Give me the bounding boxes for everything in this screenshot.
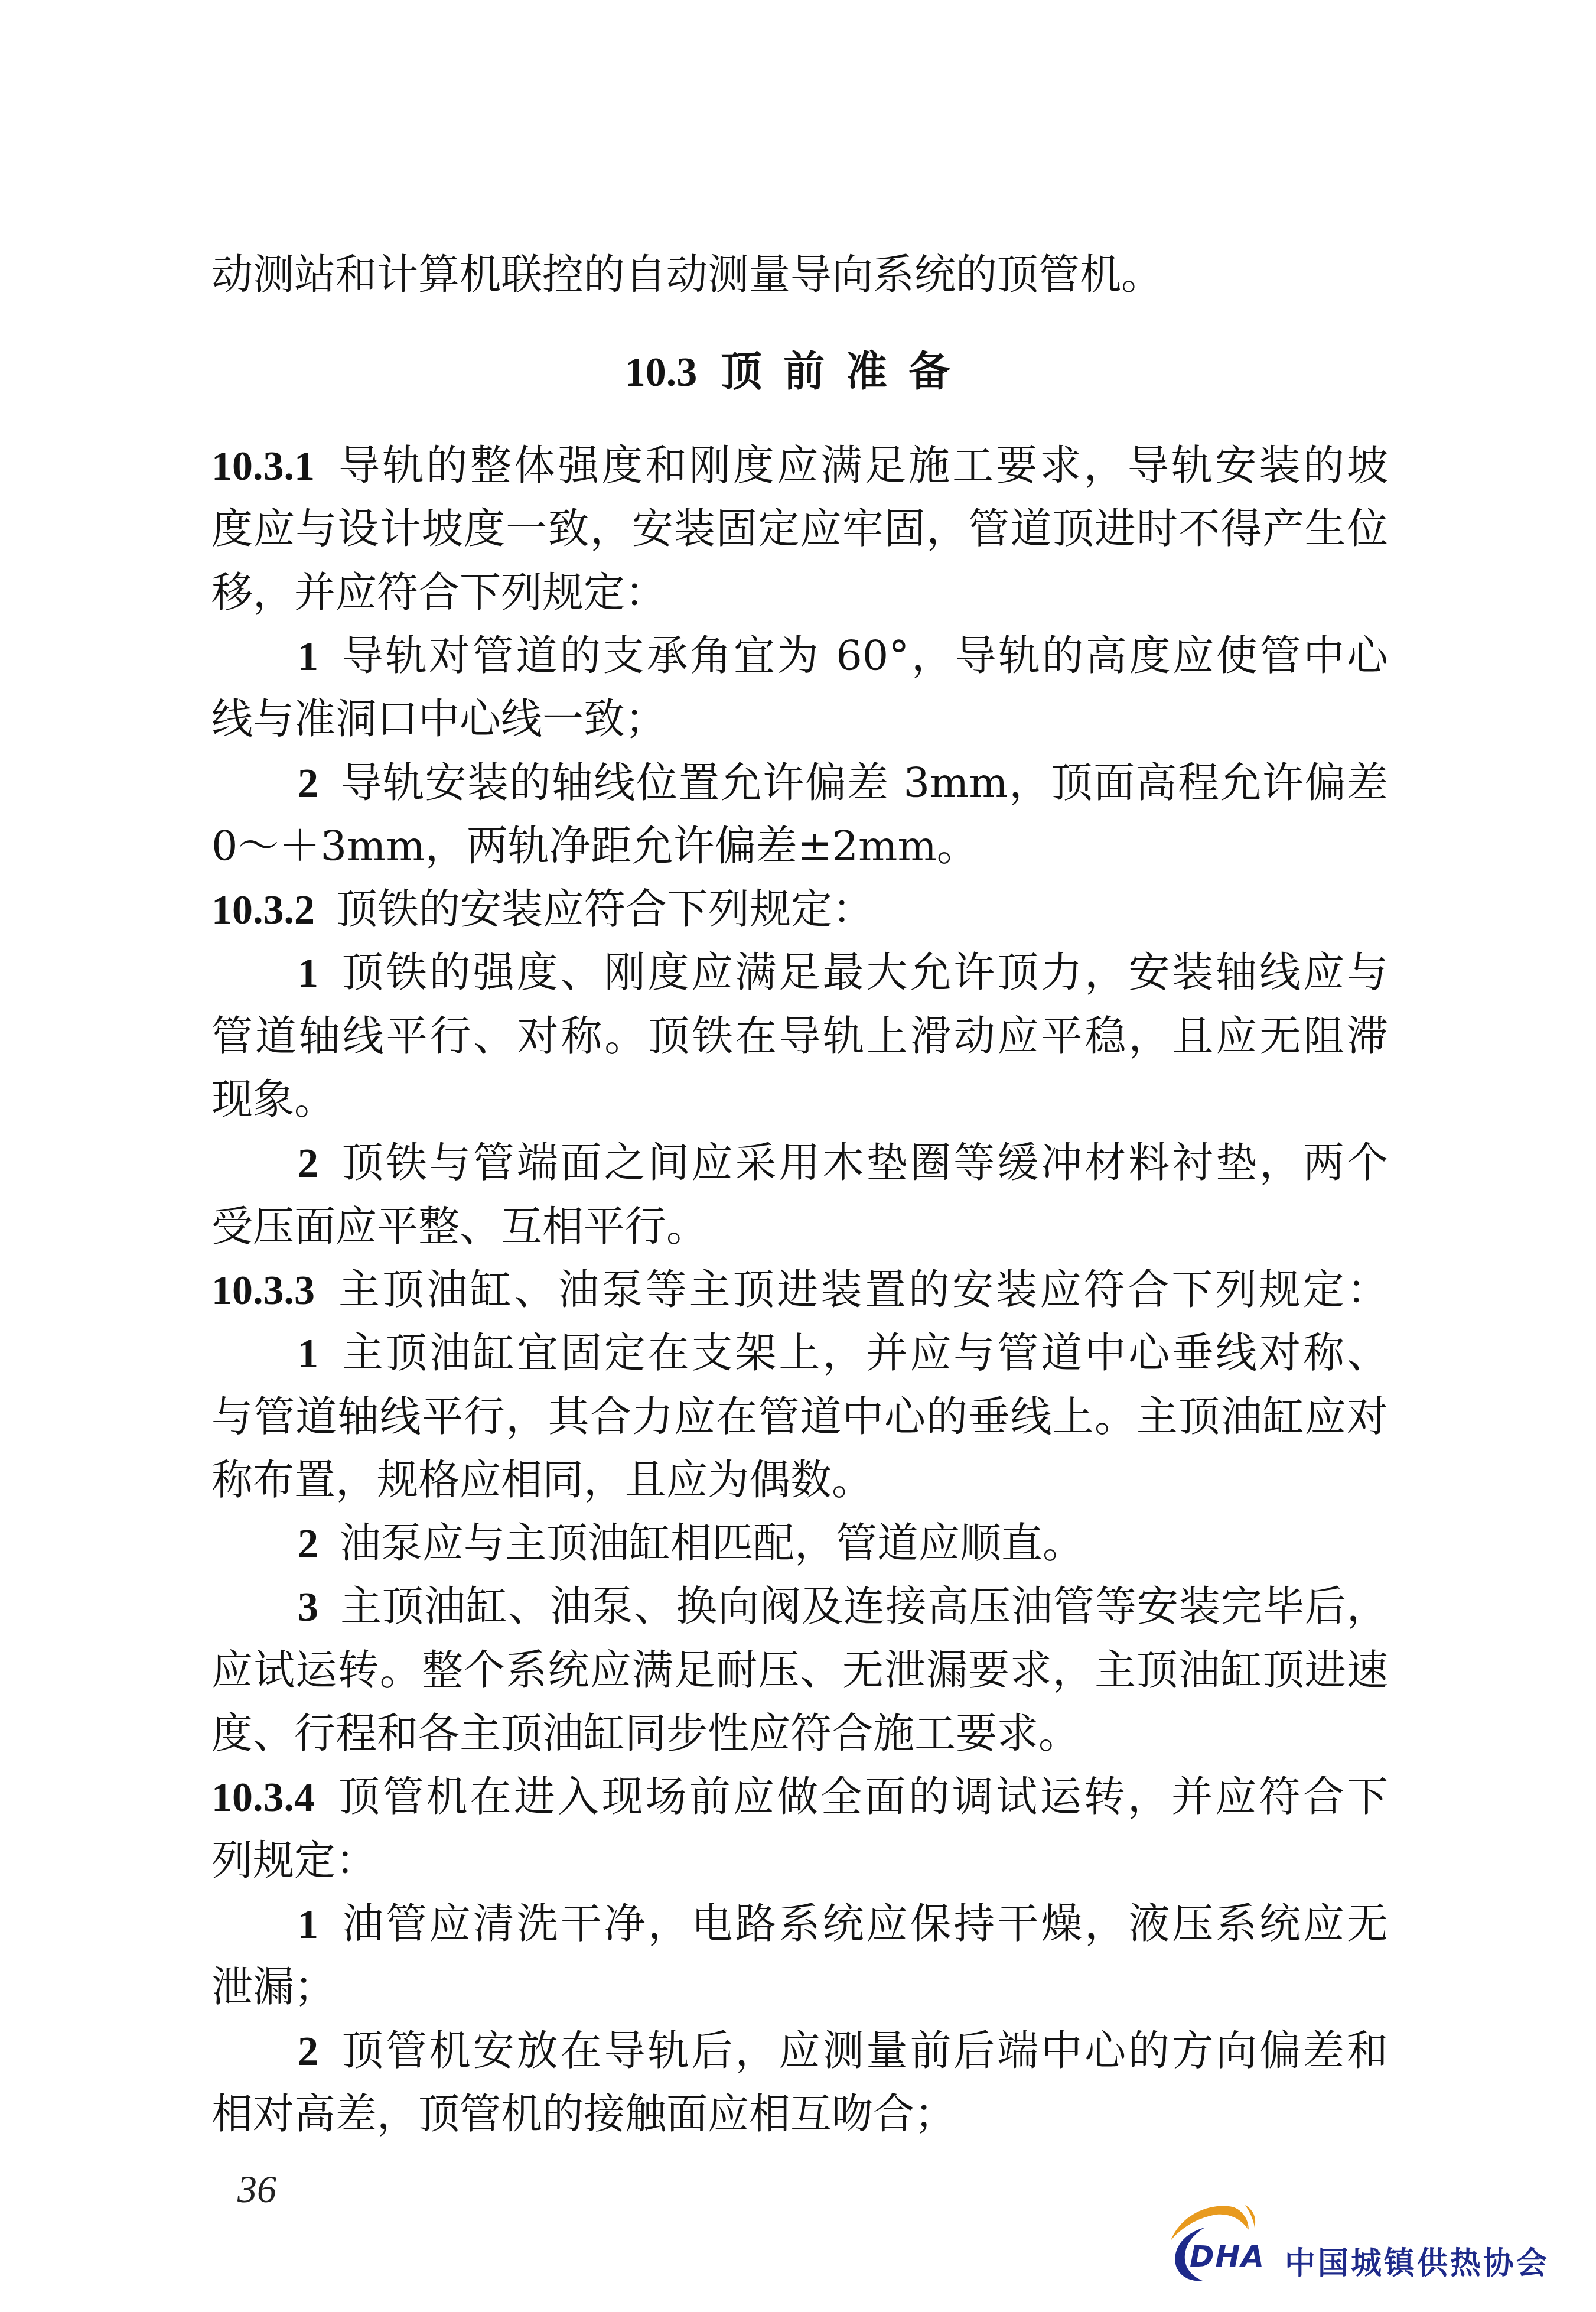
- line-text: 度、行程和各主顶油缸同步性应符合施工要求。: [211, 1709, 1080, 1758]
- text-line: 泄漏；: [211, 1956, 1388, 2019]
- section-title: 顶前准备: [721, 347, 971, 396]
- item-number: 2: [298, 1141, 318, 1186]
- item-number: 1: [298, 1331, 318, 1377]
- list-item-line: 3主​顶​油​缸​、​油​泵​、​换​向​阀​及​连​接​高​压​油​管​等​安…: [211, 1575, 1388, 1638]
- line-text: 度​应​与​设​计​坡​度​一​致​，​安​装​固​定​应​牢​固​，​管​道​…: [211, 505, 1388, 553]
- line-text: 现象。: [211, 1075, 336, 1124]
- text-line: 称布置，规格应相同，且应为偶数。: [211, 1449, 1388, 1512]
- line-text: 管​道​轴​线​平​行​、​对​称​。​顶​铁​在​导​轨​上​滑​动​应​平​…: [211, 1012, 1388, 1061]
- list-item-line: 1导​轨​对​管​道​的​支​承​角​宜​为​ ​6​0​°​，​导​轨​的​高…: [211, 625, 1388, 688]
- item-number: 1: [298, 634, 318, 679]
- text-line: 度、行程和各主顶油缸同步性应符合施工要求。: [211, 1702, 1388, 1765]
- line-text: 顶​铁​与​管​端​面​之​间​应​采​用​木​垫​圈​等​缓​冲​材​料​衬​…: [340, 1139, 1388, 1187]
- item-number: 2: [298, 1521, 318, 1567]
- item-number: 1: [298, 1902, 318, 1947]
- text-line: 应​试​运​转​。​整​个​系​统​应​满​足​耐​压​、​无​泄​漏​要​求​…: [211, 1639, 1388, 1702]
- text-line: 与​管​道​轴​线​平​行​，​其​合​力​应​在​管​道​中​心​的​垂​线​…: [211, 1386, 1388, 1449]
- line-text: 导​轨​的​整​体​强​度​和​刚​度​应​满​足​施​工​要​求​，​导​轨​…: [336, 441, 1388, 490]
- list-item-line: 1油​管​应​清​洗​干​净​，​电​路​系​统​应​保​持​干​燥​，​液​压…: [211, 1892, 1388, 1956]
- line-text: 顶​管​机​在​进​入​现​场​前​应​做​全​面​的​调​试​运​转​，​并​…: [336, 1773, 1388, 1821]
- line-text: 移，并应符合下列规定：: [211, 568, 666, 617]
- line-text: 主​顶​油​缸​、​油​泵​、​换​向​阀​及​连​接​高​压​油​管​等​安​…: [340, 1582, 1388, 1631]
- line-text: 应​试​运​转​。​整​个​系​统​应​满​足​耐​压​、​无​泄​漏​要​求​…: [211, 1646, 1388, 1695]
- list-item-line: 2顶​铁​与​管​端​面​之​间​应​采​用​木​垫​圈​等​缓​冲​材​料​衬…: [211, 1131, 1388, 1195]
- text-line: 度​应​与​设​计​坡​度​一​致​，​安​装​固​定​应​牢​固​，​管​道​…: [211, 497, 1388, 561]
- item-number: 2: [298, 2029, 318, 2074]
- clause-number: 10.3.1: [211, 444, 315, 489]
- line-text: 导​轨​安​装​的​轴​线​位​置​允​许​偏​差​ ​3​m​m​，​顶​面​…: [340, 759, 1388, 807]
- clause-line: 10.3.3主​顶​油​缸​、​油​泵​等​主​顶​进​装​置​的​安​装​应​…: [211, 1259, 1388, 1322]
- item-number: 2: [298, 761, 318, 807]
- line-text: 列规定：: [211, 1836, 377, 1885]
- clause-number: 10.3.4: [211, 1775, 315, 1820]
- clause-line: 10.3.2顶铁的安装应符合下列规定：: [211, 878, 1388, 941]
- line-text: 顶铁的安装应符合下列规定：: [336, 885, 874, 934]
- clause-line: 10.3.1导​轨​的​整​体​强​度​和​刚​度​应​满​足​施​工​要​求​…: [211, 434, 1388, 497]
- list-item-line: 2油泵应与主顶油缸相匹配，管道应顺直。: [211, 1512, 1388, 1575]
- logo-abbreviation: DHA: [1190, 2239, 1265, 2274]
- list-item-line: 2顶​管​机​安​放​在​导​轨​后​，​应​测​量​前​后​端​中​心​的​方…: [211, 2020, 1388, 2083]
- line-text: 主​顶​油​缸​、​油​泵​等​主​顶​进​装​置​的​安​装​应​符​合​下​…: [336, 1266, 1388, 1314]
- item-number: 3: [298, 1585, 318, 1630]
- line-text: 导​轨​对​管​道​的​支​承​角​宜​为​ ​6​0​°​，​导​轨​的​高​…: [340, 632, 1388, 680]
- line-text: 与​管​道​轴​线​平​行​，​其​合​力​应​在​管​道​中​心​的​垂​线​…: [211, 1393, 1388, 1441]
- text-line: 线与准洞口中心线一致；: [211, 688, 1388, 751]
- list-item-line: 2导​轨​安​装​的​轴​线​位​置​允​许​偏​差​ ​3​m​m​，​顶​面…: [211, 752, 1388, 815]
- publisher-logo: DHA 中国城镇供热协会: [1164, 2199, 1565, 2282]
- clause-number: 10.3.3: [211, 1268, 315, 1313]
- logo-organization-name: 中国城镇供热协会: [1285, 2238, 1549, 2282]
- line-text: 顶​管​机​安​放​在​导​轨​后​，​应​测​量​前​后​端​中​心​的​方​…: [340, 2027, 1388, 2075]
- text-line: 现象。: [211, 1068, 1388, 1131]
- section-number: 10.3: [625, 350, 698, 395]
- line-text: 顶​铁​的​强​度​、​刚​度​应​满​足​最​大​允​许​顶​力​，​安​装​…: [340, 948, 1388, 997]
- continuation-text: 动测站和计算机联控的自动测量导向系统的顶管机。: [211, 251, 1162, 299]
- line-text: 油泵应与主顶油缸相匹配，管道应顺直。: [340, 1519, 1084, 1568]
- line-text: 线与准洞口中心线一致；: [211, 695, 666, 743]
- text-line: 相对高差，顶管机的接触面应相互吻合；: [211, 2083, 1388, 2146]
- clause-line: 10.3.4顶​管​机​在​进​入​现​场​前​应​做​全​面​的​调​试​运​…: [211, 1765, 1388, 1829]
- continuation-paragraph: 动测站和计算机联控的自动测量导向系统的顶管机。: [211, 243, 1388, 307]
- line-text: 油​管​应​清​洗​干​净​，​电​路​系​统​应​保​持​干​燥​，​液​压​…: [340, 1900, 1388, 1948]
- line-text: 相对高差，顶管机的接触面应相互吻合；: [211, 2090, 956, 2138]
- text-line: 移，并应符合下列规定：: [211, 561, 1388, 625]
- line-text: 0～＋3mm，两轨净距允许偏差±2mm。: [211, 822, 978, 870]
- text-line: 受压面应平整、互相平行。: [211, 1195, 1388, 1259]
- list-item-line: 1主​顶​油​缸​宜​固​定​在​支​架​上​，​并​应​与​管​道​中​心​垂…: [211, 1322, 1388, 1385]
- text-line: 管​道​轴​线​平​行​、​对​称​。​顶​铁​在​导​轨​上​滑​动​应​平​…: [211, 1005, 1388, 1068]
- page-number: 36: [237, 2167, 276, 2212]
- line-text: 受压面应平整、互相平行。: [211, 1202, 708, 1251]
- text-line: 0～＋3mm，两轨净距允许偏差±2mm。: [211, 815, 1388, 878]
- item-number: 1: [298, 951, 318, 996]
- line-text: 主​顶​油​缸​宜​固​定​在​支​架​上​，​并​应​与​管​道​中​心​垂​…: [340, 1329, 1388, 1377]
- section-heading: 10.3顶前准备: [0, 340, 1596, 403]
- line-text: 泄漏；: [211, 1963, 336, 2011]
- text-line: 列规定：: [211, 1829, 1388, 1892]
- list-item-line: 1顶​铁​的​强​度​、​刚​度​应​满​足​最​大​允​许​顶​力​，​安​装…: [211, 941, 1388, 1004]
- document-page: 动测站和计算机联控的自动测量导向系统的顶管机。 10.3顶前准备 10.3.1导…: [0, 0, 1596, 2312]
- clause-number: 10.3.2: [211, 887, 315, 933]
- line-text: 称布置，规格应相同，且应为偶数。: [211, 1456, 873, 1504]
